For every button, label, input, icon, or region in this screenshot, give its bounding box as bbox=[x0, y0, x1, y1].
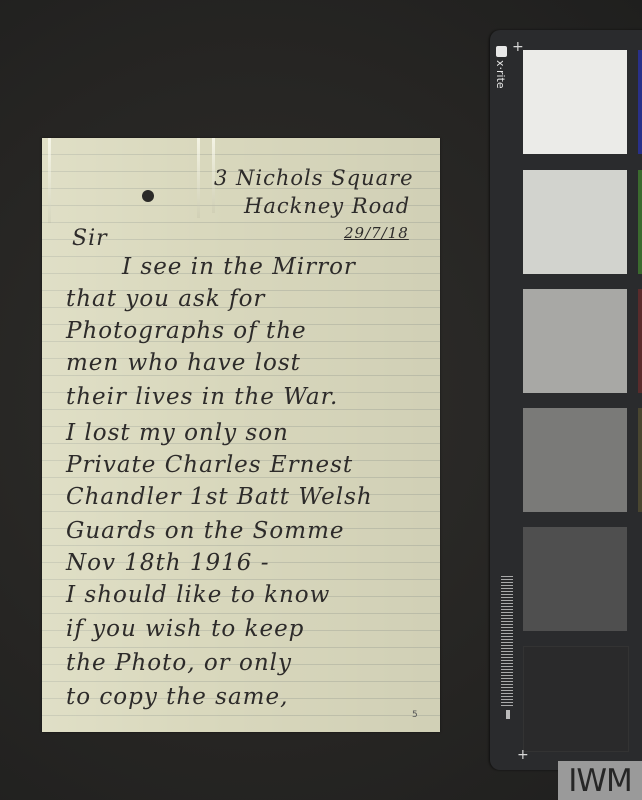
iwm-watermark: IWM bbox=[558, 761, 642, 800]
edge-swatch-red bbox=[638, 289, 642, 393]
paper-fold-crease bbox=[48, 138, 51, 223]
swatch-darker-gray bbox=[523, 527, 627, 631]
letter-date: 29/7/18 bbox=[344, 224, 409, 242]
body-line: Photographs of the bbox=[66, 318, 307, 344]
swatch-white bbox=[523, 50, 627, 154]
body-line: Chandler 1st Batt Welsh bbox=[66, 484, 373, 510]
letter-page: 3 Nichols Square Hackney Road 29/7/18 Si… bbox=[42, 138, 440, 732]
body-line: the Photo, or only bbox=[66, 650, 292, 676]
body-line: Nov 18th 1916 - bbox=[66, 550, 270, 576]
swatch-dark-gray bbox=[523, 408, 627, 512]
salutation: Sir bbox=[72, 226, 108, 251]
body-line: I should like to know bbox=[66, 582, 330, 608]
brand-label: x·rite bbox=[494, 60, 507, 89]
edge-swatch-yellow bbox=[638, 408, 642, 512]
body-line: men who have lost bbox=[66, 350, 301, 376]
swatch-light-gray bbox=[523, 170, 627, 274]
address-line-2: Hackney Road bbox=[244, 194, 410, 218]
color-calibration-card: x·rite + + bbox=[490, 30, 642, 770]
address-line-1: 3 Nichols Square bbox=[214, 166, 414, 190]
paper-fold-crease bbox=[197, 138, 200, 218]
crosshair-icon: + bbox=[512, 40, 524, 54]
ruler-end-mark bbox=[506, 710, 510, 719]
crosshair-icon: + bbox=[517, 748, 529, 762]
scale-ruler bbox=[501, 576, 513, 706]
swatch-mid-gray bbox=[523, 289, 627, 393]
body-line: I lost my only son bbox=[66, 420, 289, 446]
body-line: I see in the Mirror bbox=[122, 254, 356, 280]
body-line: to copy the same, bbox=[66, 684, 288, 710]
edge-swatch-blue bbox=[638, 50, 642, 154]
body-line: that you ask for bbox=[66, 286, 265, 312]
body-line: if you wish to keep bbox=[66, 616, 304, 642]
page-number: 5 bbox=[412, 710, 418, 720]
body-line: their lives in the War. bbox=[66, 384, 338, 410]
xrite-logo-icon bbox=[496, 46, 507, 57]
edge-swatch-green bbox=[638, 170, 642, 274]
body-line: Guards on the Somme bbox=[66, 518, 345, 544]
swatch-black bbox=[523, 646, 629, 752]
body-line: Private Charles Ernest bbox=[66, 452, 353, 478]
punch-hole bbox=[142, 190, 154, 202]
